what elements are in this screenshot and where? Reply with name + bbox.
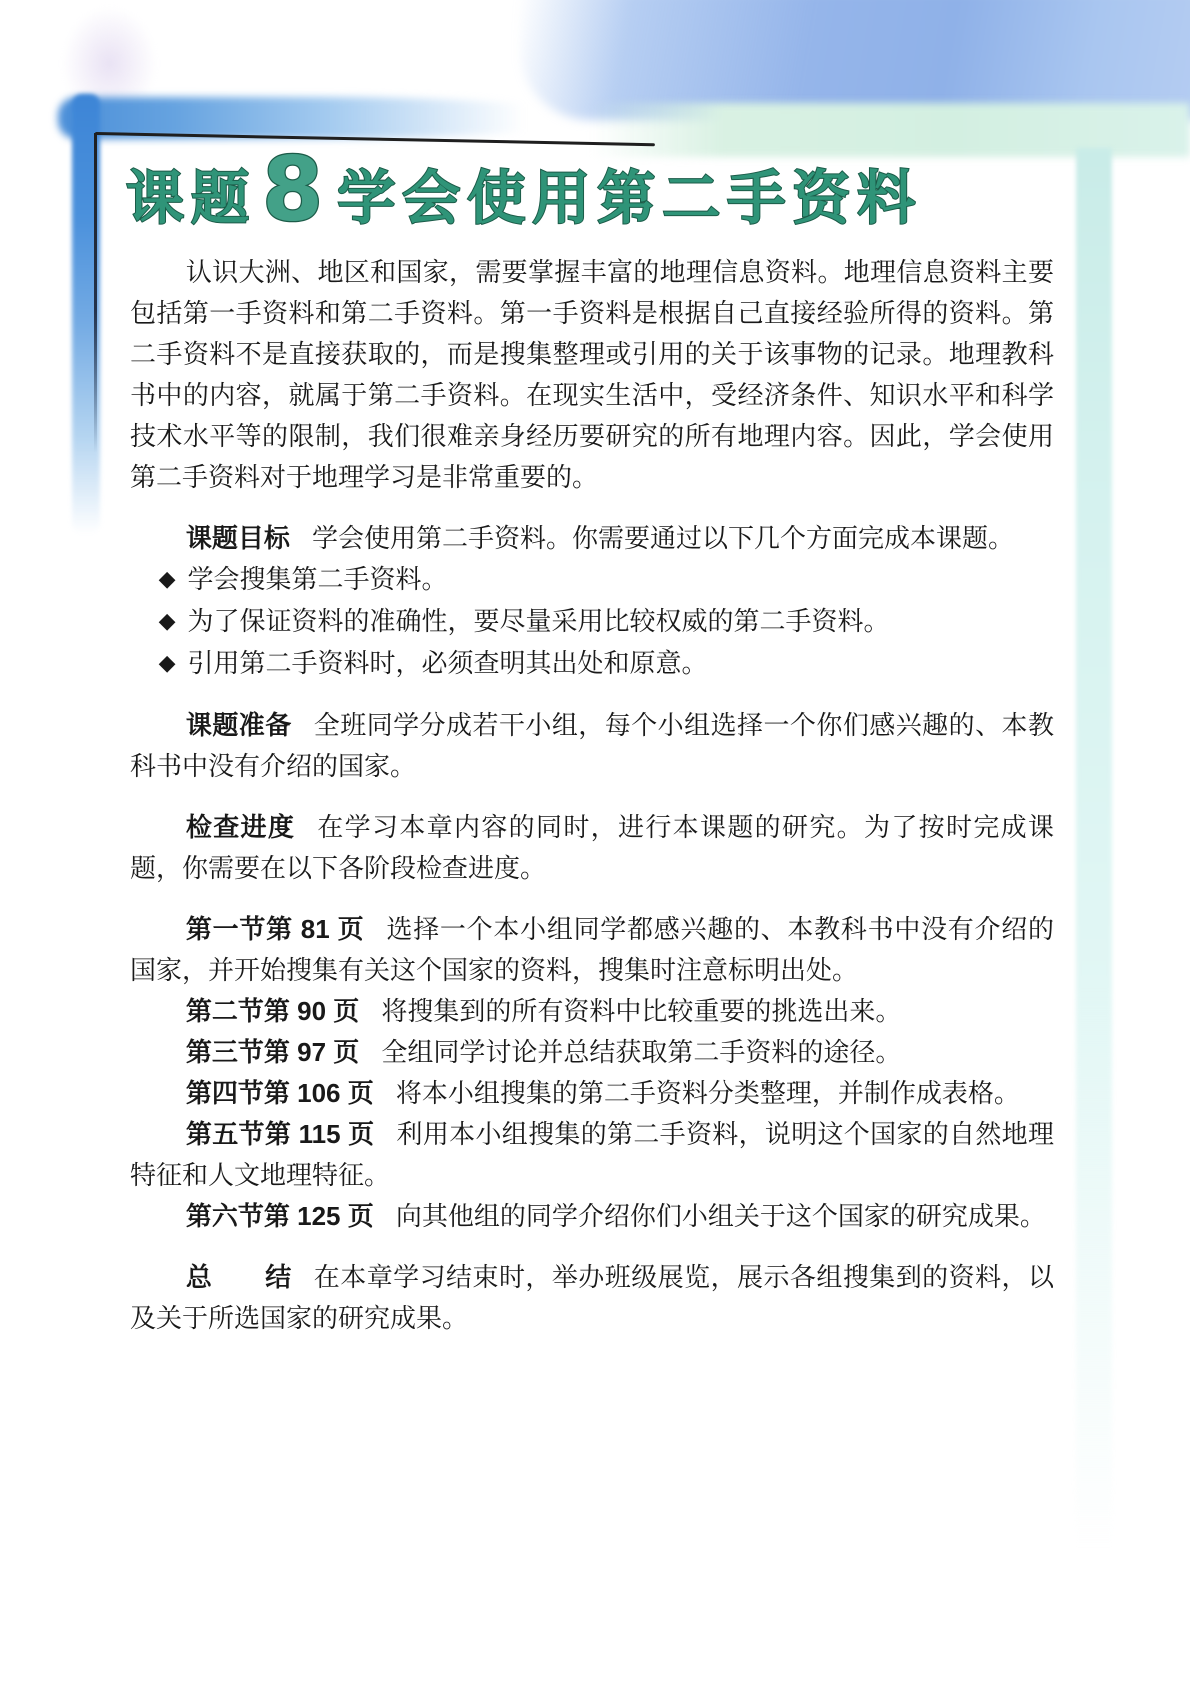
objective-bullet: ◆学会搜集第二手资料。 [130,559,1054,601]
title-number: 8 [262,146,323,234]
objective-paragraph: 课题目标学会使用第二手资料。你需要通过以下几个方面完成本课题。 [130,518,1054,559]
diamond-bullet-icon: ◆ [159,566,176,591]
objective-bullet: ◆引用第二手资料时，必须查明其出处和原意。 [130,643,1054,685]
checkpoint-label: 第二节第 90 页 [186,996,359,1026]
summary-label: 总 结 [186,1262,292,1292]
title-prefix: 课题 [126,151,256,235]
objective-text: 学会使用第二手资料。你需要通过以下几个方面完成本课题。 [312,523,1014,553]
watercolor-blue-streak-icon [58,97,588,139]
bullet-text: 引用第二手资料时，必须查明其出处和原意。 [188,648,708,678]
page-body: 认识大洲、地区和国家，需要掌握丰富的地理信息资料。地理信息资料主要包括第一手资料… [130,252,1054,1339]
objective-bullet: ◆为了保证资料的准确性，要尽量采用比较权威的第二手资料。 [130,601,1054,643]
checkpoint-label: 第四节第 106 页 [186,1078,374,1108]
watercolor-blue-band-icon [520,0,1190,120]
checkpoint-item: 第四节第 106 页将本小组搜集的第二手资料分类整理，并制作成表格。 [130,1073,1054,1114]
checkpoint-label: 第六节第 125 页 [186,1201,374,1231]
progress-paragraph: 检查进度在学习本章内容的同时，进行本课题的研究。为了按时完成课题，你需要在以下各… [130,807,1054,889]
checkpoint-label: 第五节第 115 页 [186,1119,375,1149]
objective-label: 课题目标 [186,523,290,553]
checkpoint-item: 第五节第 115 页利用本小组搜集的第二手资料，说明这个国家的自然地理特征和人文… [130,1114,1054,1196]
preparation-paragraph: 课题准备全班同学分成若干小组，每个小组选择一个你们感兴趣的、本教科书中没有介绍的… [130,705,1054,787]
checkpoint-text: 全组同学讨论并总结获取第二手资料的途径。 [381,1037,901,1067]
checkpoint-label: 第三节第 97 页 [186,1037,359,1067]
checkpoint-text: 向其他组的同学介绍你们小组关于这个国家的研究成果。 [396,1201,1046,1231]
page-title: 课题 8 学会使用第二手资料 [126,146,922,240]
textbook-page: 课题 8 学会使用第二手资料 认识大洲、地区和国家，需要掌握丰富的地理信息资料。… [0,0,1190,1682]
checkpoint-item: 第三节第 97 页全组同学讨论并总结获取第二手资料的途径。 [130,1032,1054,1073]
checkpoint-text: 将本小组搜集的第二手资料分类整理，并制作成表格。 [396,1078,1020,1108]
bullet-text: 为了保证资料的准确性，要尽量采用比较权威的第二手资料。 [188,606,890,636]
preparation-label: 课题准备 [186,710,292,740]
bullet-text: 学会搜集第二手资料。 [188,564,448,594]
watercolor-cyan-strip-icon [1076,148,1112,1548]
checkpoint-label: 第一节第 81 页 [186,914,364,944]
page-frame-left-line [94,133,97,453]
checkpoint-text: 将搜集到的所有资料中比较重要的挑选出来。 [381,996,901,1026]
checkpoint-item: 第六节第 125 页向其他组的同学介绍你们小组关于这个国家的研究成果。 [130,1196,1054,1237]
progress-label: 检查进度 [186,812,295,842]
summary-paragraph: 总 结在本章学习结束时，举办班级展览，展示各组搜集到的资料，以及关于所选国家的研… [130,1257,1054,1339]
diamond-bullet-icon: ◆ [159,608,176,633]
checkpoint-item: 第一节第 81 页选择一个本小组同学都感兴趣的、本教科书中没有介绍的国家，并开始… [130,909,1054,991]
title-suffix: 学会使用第二手资料 [337,151,922,235]
checkpoint-item: 第二节第 90 页将搜集到的所有资料中比较重要的挑选出来。 [130,991,1054,1032]
intro-paragraph: 认识大洲、地区和国家，需要掌握丰富的地理信息资料。地理信息资料主要包括第一手资料… [130,252,1054,498]
watercolor-lavender-smudge-icon [62,6,157,121]
watercolor-blue-strip-icon [72,94,100,534]
page-frame-top-line [95,132,655,146]
diamond-bullet-icon: ◆ [159,650,176,675]
